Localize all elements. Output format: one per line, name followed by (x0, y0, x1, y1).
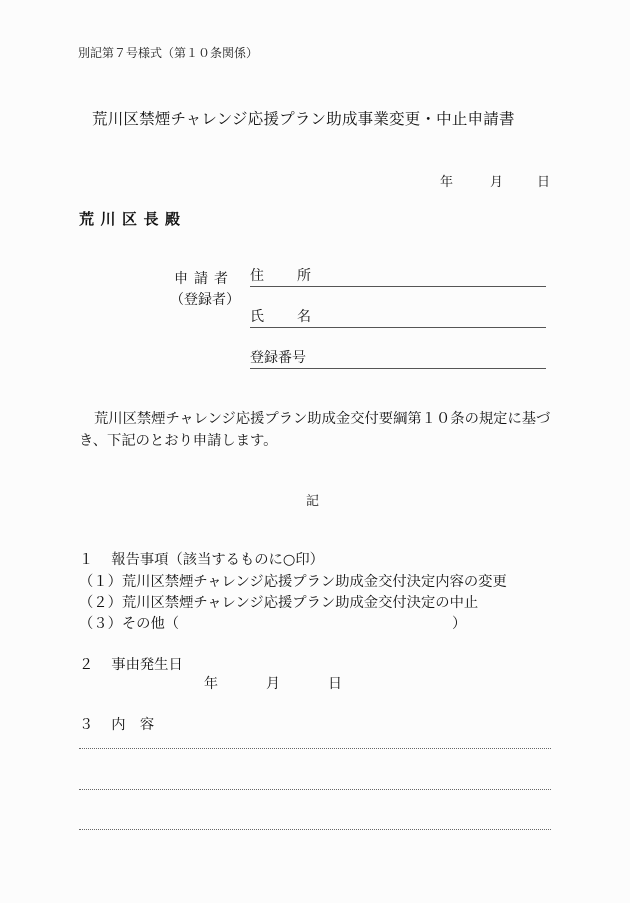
report-items-heading: １報告事項（該当するものに○印） (79, 549, 324, 569)
request-statement-text: 荒川区禁煙チャレンジ応援プラン助成金交付要綱第１０条の規定に基づき、下記のとおり… (79, 411, 550, 449)
section-number: ３ (79, 717, 93, 733)
occurrence-date-heading: ２事由発生日 (79, 654, 183, 674)
section-heading: 報告事項（該当するものに○印） (111, 552, 324, 568)
address-field[interactable]: 住所 (250, 267, 546, 287)
name-label: 氏名 (250, 306, 344, 326)
occurrence-year-label: 年 (204, 673, 218, 693)
registration-number-label: 登録番号 (250, 347, 306, 367)
form-number: 別記第７号様式（第１０条関係） (78, 44, 258, 61)
address-label: 住所 (250, 265, 344, 285)
ki-heading: 記 (306, 490, 319, 509)
report-option-3[interactable]: （３）その他（ (79, 613, 179, 633)
applicant-sub-label: （登録者） (170, 289, 240, 309)
addressee: 荒川区長殿 (79, 208, 187, 229)
report-option-2[interactable]: （２）荒川区禁煙チャレンジ応援プラン助成金交付決定の中止 (79, 592, 478, 612)
document-title: 荒川区禁煙チャレンジ応援プラン助成事業変更・中止申請書 (92, 107, 515, 129)
section-number: ２ (79, 657, 93, 673)
section-number: １ (79, 552, 93, 568)
applicant-label: 申請者 (174, 268, 234, 288)
content-line-2[interactable] (79, 789, 551, 790)
occurrence-month-label: 月 (266, 673, 280, 693)
date-day-label: 日 (537, 171, 550, 190)
content-heading: ３内 容 (79, 714, 154, 734)
date-year-label: 年 (440, 171, 453, 190)
registration-number-field[interactable]: 登録番号 (250, 349, 546, 369)
report-option-3-close: ） (452, 613, 466, 633)
report-option-1[interactable]: （１）荒川区禁煙チャレンジ応援プラン助成金交付決定内容の変更 (79, 571, 507, 591)
date-month-label: 月 (490, 171, 503, 190)
content-line-1[interactable] (79, 748, 551, 749)
section-heading: 内 容 (111, 717, 154, 733)
occurrence-day-label: 日 (328, 673, 342, 693)
name-field[interactable]: 氏名 (250, 308, 546, 328)
request-statement: 荒川区禁煙チャレンジ応援プラン助成金交付要綱第１０条の規定に基づき、下記のとおり… (79, 408, 559, 452)
content-line-3[interactable] (79, 829, 551, 830)
section-heading: 事由発生日 (111, 657, 182, 673)
